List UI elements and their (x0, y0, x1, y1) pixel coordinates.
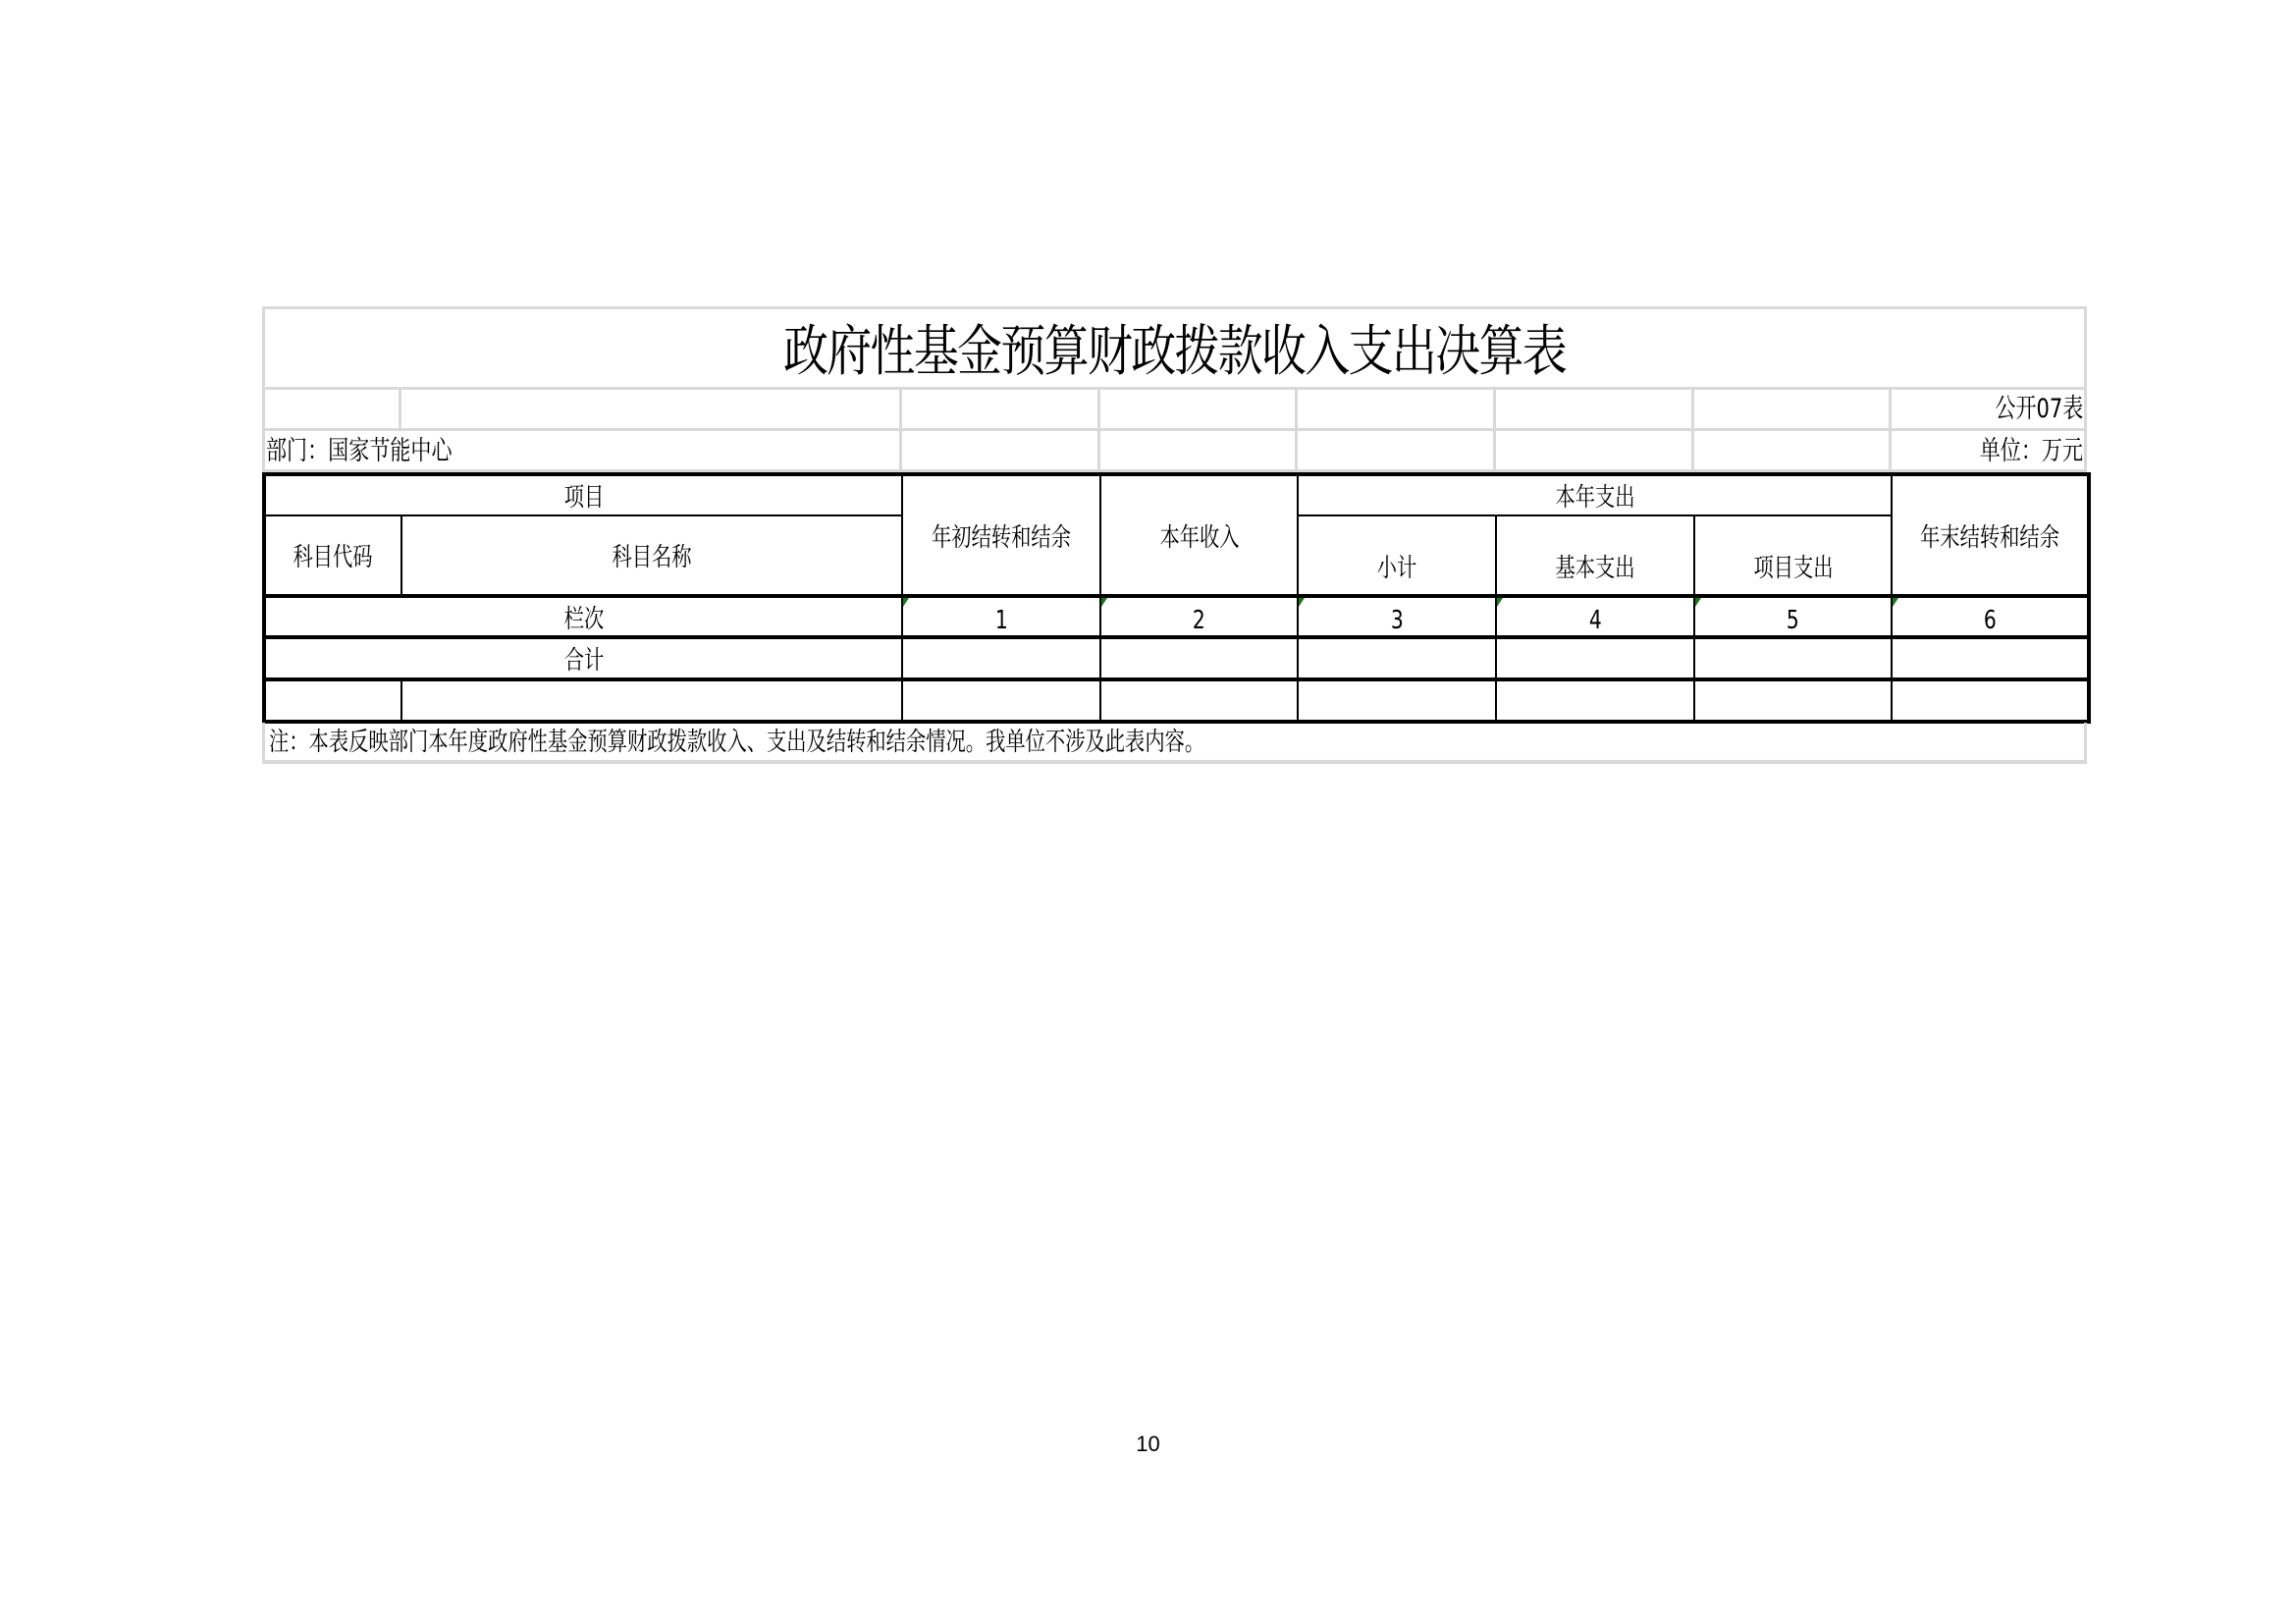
unit-text: 单位：万元 (1980, 438, 2083, 464)
document-title: 政府性基金预算财政拨款收入支出决算表 (426, 306, 1922, 388)
header-basic-expense: 基本支出 (1496, 515, 1694, 596)
total-cell[interactable] (1100, 637, 1298, 679)
department-text: 部门：国家节能中心 (266, 438, 453, 464)
total-cell[interactable] (1694, 637, 1892, 679)
column-index-cell[interactable]: 1 (902, 596, 1100, 637)
note-row: 注：本表反映部门本年度政府性基金预算财政拨款收入、支出及结转和结余情况。我单位不… (262, 723, 2087, 764)
gridline (1295, 389, 1298, 472)
gridline (1889, 389, 1892, 472)
header-closing-balance: 年末结转和结余 (1892, 474, 2089, 596)
unit-label: 单位：万元 (1950, 438, 2083, 464)
number-as-text-marker-icon (1695, 598, 1701, 607)
column-index-cell[interactable]: 6 (1892, 596, 2089, 637)
gridline (1691, 389, 1694, 472)
header-subject-name: 科目名称 (401, 515, 902, 596)
column-index-cell[interactable]: 3 (1298, 596, 1496, 637)
number-as-text-marker-icon (1893, 598, 1898, 607)
value-cell[interactable] (902, 679, 1100, 722)
header-opening-balance: 年初结转和结余 (902, 474, 1100, 596)
subject-name-cell[interactable] (401, 679, 902, 722)
value-cell[interactable] (1892, 679, 2089, 722)
header-subject-code: 科目代码 (264, 515, 401, 596)
header-current-expense-group: 本年支出 (1298, 474, 1892, 515)
gridline (1097, 389, 1100, 472)
number-as-text-marker-icon (903, 598, 909, 607)
subject-code-cell[interactable] (264, 679, 401, 722)
column-index-label: 栏次 (264, 596, 902, 637)
gridline (399, 389, 401, 430)
table-code: 公开07表 (1970, 396, 2083, 422)
header-project-expense: 项目支出 (1694, 515, 1892, 596)
number-as-text-marker-icon (1299, 598, 1305, 607)
total-cell[interactable] (1892, 637, 2089, 679)
total-cell[interactable] (1298, 637, 1496, 679)
gridline (899, 389, 902, 472)
page-number: 10 (0, 1432, 2296, 1457)
total-cell[interactable] (1496, 637, 1694, 679)
column-index-row: 栏次 1 2 3 4 5 6 (264, 596, 2089, 637)
table-row (264, 679, 2089, 722)
department-label: 部门：国家节能中心 (266, 438, 505, 464)
number-as-text-marker-icon (1497, 598, 1503, 607)
table-code-text: 公开07表 (1995, 396, 2083, 422)
value-cell[interactable] (1298, 679, 1496, 722)
budget-table: 项目 年初结转和结余 本年收入 本年支出 年末结转和结余 科目代码 科目名称 小… (262, 472, 2091, 724)
column-index-cell[interactable]: 5 (1694, 596, 1892, 637)
total-label: 合计 (264, 637, 902, 679)
note-text-wrap: 注：本表反映部门本年度政府性基金预算财政拨款收入、支出及结转和结余情况。我单位不… (269, 730, 1468, 755)
gridline (262, 428, 2087, 431)
value-cell[interactable] (1694, 679, 1892, 722)
total-cell[interactable] (902, 637, 1100, 679)
note-text: 注：本表反映部门本年度政府性基金预算财政拨款收入、支出及结转和结余情况。我单位不… (269, 730, 1204, 755)
header-subtotal: 小计 (1298, 515, 1496, 596)
gridline (1493, 389, 1496, 472)
header-project-group: 项目 (264, 474, 902, 515)
column-index-cell[interactable]: 2 (1100, 596, 1298, 637)
header-current-income: 本年收入 (1100, 474, 1298, 596)
value-cell[interactable] (1100, 679, 1298, 722)
value-cell[interactable] (1496, 679, 1694, 722)
number-as-text-marker-icon (1101, 598, 1107, 607)
column-index-cell[interactable]: 4 (1496, 596, 1694, 637)
total-row: 合计 (264, 637, 2089, 679)
